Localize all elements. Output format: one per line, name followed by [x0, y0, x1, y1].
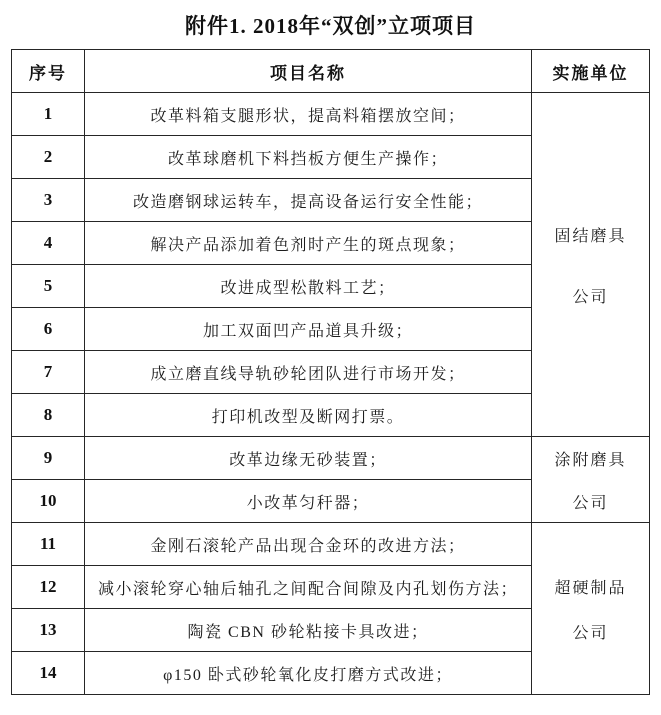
header-index: 序号	[12, 50, 85, 93]
project-name: 小改革匀秆器；	[85, 480, 532, 523]
unit-cell: 涂附磨具 公司	[532, 437, 650, 523]
row-index: 3	[12, 179, 85, 222]
project-name: φ150 卧式砂轮氧化皮打磨方式改进；	[85, 652, 532, 695]
table-row: 1 改革料箱支腿形状，提高料箱摆放空间； 固结磨具 公司	[12, 93, 650, 136]
table-row: 9 改革边缘无砂装置； 涂附磨具 公司	[12, 437, 650, 480]
row-index: 8	[12, 394, 85, 437]
table-header-row: 序号 项目名称 实施单位	[12, 50, 650, 93]
unit-cell: 超硬制品 公司	[532, 523, 650, 695]
unit-name-line: 涂附磨具	[554, 447, 626, 470]
row-index: 12	[12, 566, 85, 609]
row-index: 14	[12, 652, 85, 695]
unit-cell: 固结磨具 公司	[532, 93, 650, 437]
project-name: 金刚石滚轮产品出现合金环的改进方法；	[85, 523, 532, 566]
project-name: 解决产品添加着色剂时产生的斑点现象；	[85, 222, 532, 265]
row-index: 5	[12, 265, 85, 308]
row-index: 11	[12, 523, 85, 566]
row-index: 13	[12, 609, 85, 652]
project-name: 改进成型松散料工艺；	[85, 265, 532, 308]
header-unit: 实施单位	[532, 50, 650, 93]
page-title: 附件1. 2018年“双创”立项项目	[0, 0, 661, 40]
project-name: 改革边缘无砂装置；	[85, 437, 532, 480]
row-index: 7	[12, 351, 85, 394]
row-index: 1	[12, 93, 85, 136]
header-project: 项目名称	[85, 50, 532, 93]
row-index: 6	[12, 308, 85, 351]
project-name: 成立磨直线导轨砂轮团队进行市场开发；	[85, 351, 532, 394]
unit-name-line: 公司	[572, 284, 608, 307]
unit-name-line: 超硬制品	[554, 575, 626, 598]
row-index: 4	[12, 222, 85, 265]
project-name: 改革料箱支腿形状，提高料箱摆放空间；	[85, 93, 532, 136]
row-index: 2	[12, 136, 85, 179]
table-row: 11 金刚石滚轮产品出现合金环的改进方法； 超硬制品 公司	[12, 523, 650, 566]
unit-name-line: 公司	[572, 490, 608, 513]
row-index: 10	[12, 480, 85, 523]
project-name: 打印机改型及断网打票。	[85, 394, 532, 437]
project-name: 改造磨钢球运转车，提高设备运行安全性能；	[85, 179, 532, 222]
row-index: 9	[12, 437, 85, 480]
unit-name-line: 固结磨具	[554, 223, 626, 246]
project-name: 陶瓷 CBN 砂轮粘接卡具改进；	[85, 609, 532, 652]
project-table: 序号 项目名称 实施单位 1 改革料箱支腿形状，提高料箱摆放空间； 固结磨具 公…	[11, 49, 650, 695]
project-name: 改革球磨机下料挡板方便生产操作；	[85, 136, 532, 179]
project-name: 加工双面凹产品道具升级；	[85, 308, 532, 351]
unit-name-line: 公司	[572, 620, 608, 643]
project-name: 减小滚轮穿心轴后轴孔之间配合间隙及内孔划伤方法；	[85, 566, 532, 609]
